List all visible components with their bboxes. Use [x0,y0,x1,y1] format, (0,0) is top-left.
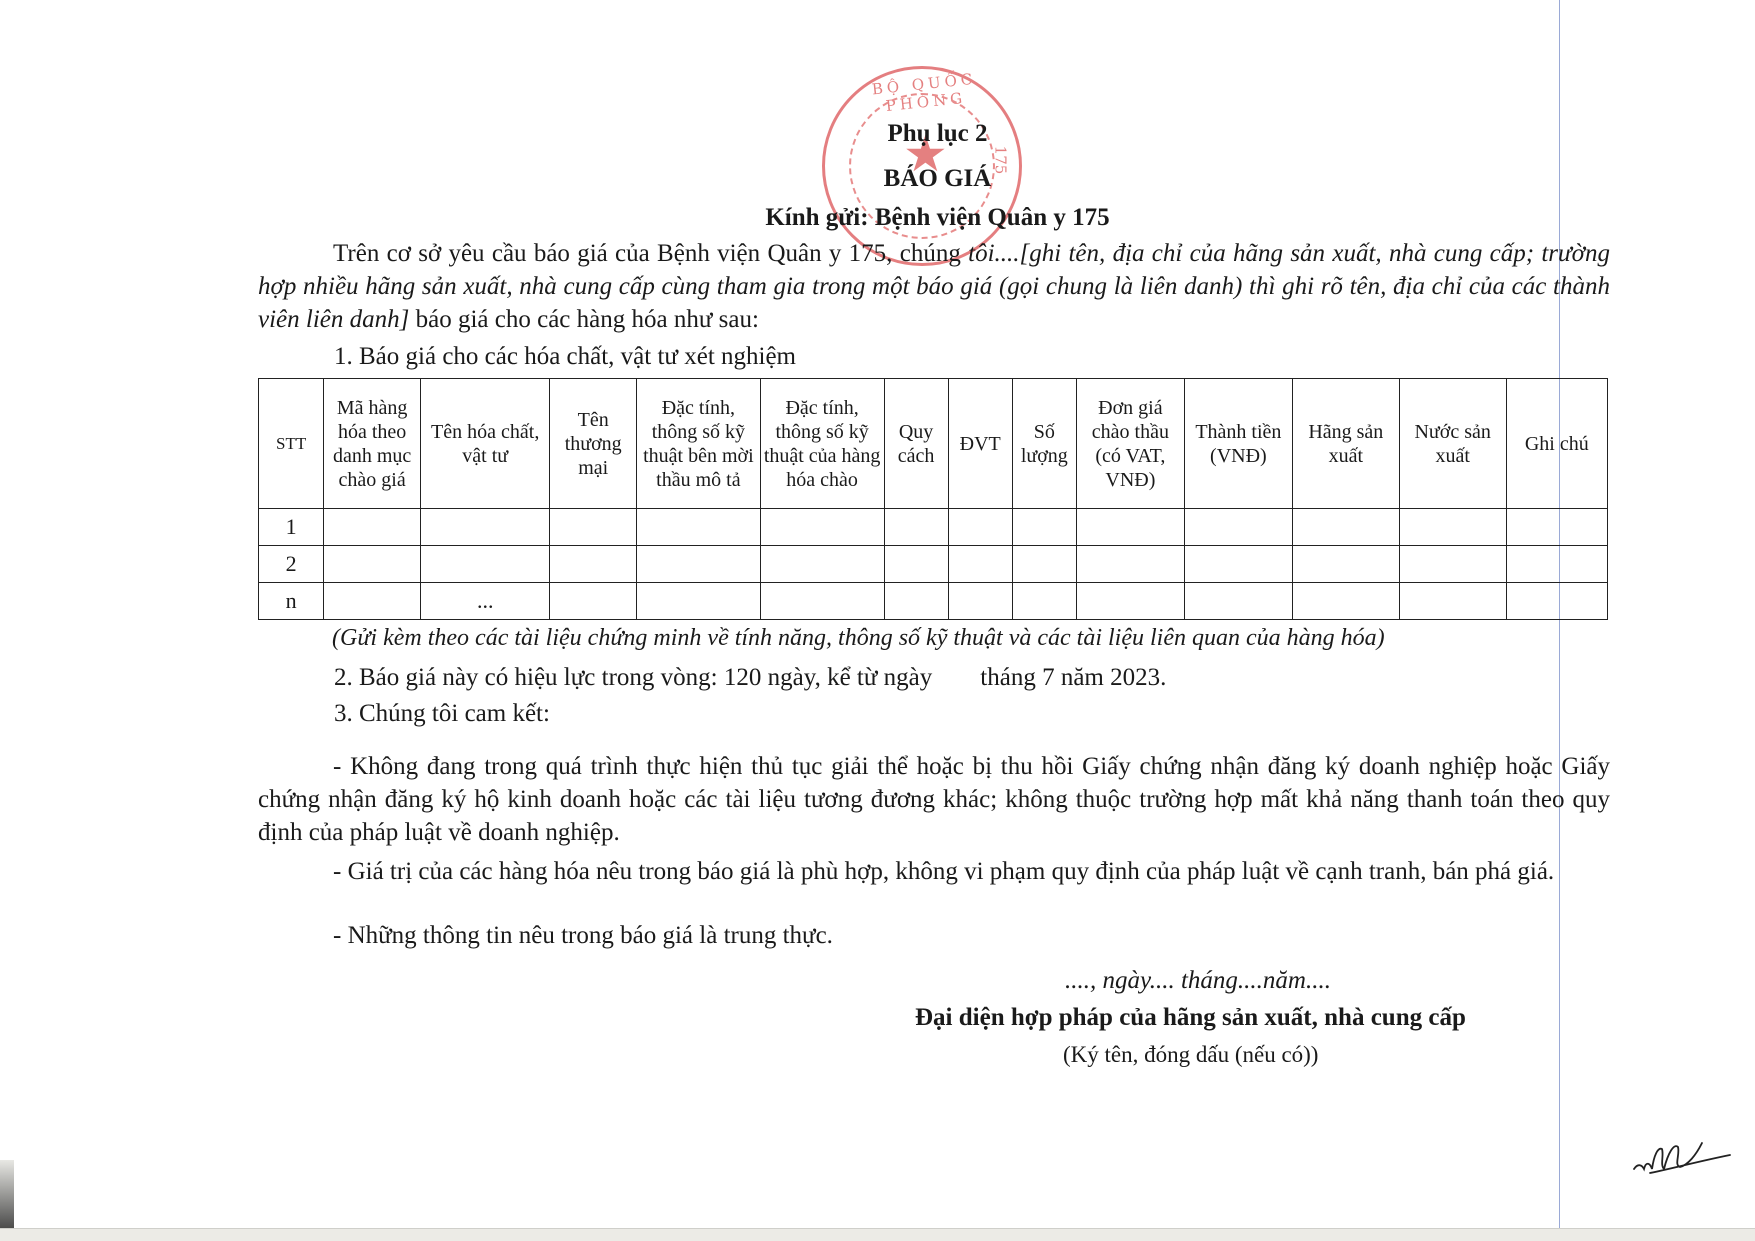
table-cell [421,509,550,546]
table-cell [1292,583,1399,620]
table-cell [884,583,948,620]
validity-text: 2. Báo giá này có hiệu lực trong vòng: 1… [334,664,932,691]
table-cell [1184,509,1292,546]
column-header: Số lượng [1012,379,1076,509]
table-cell [324,509,421,546]
column-header: Đặc tính, thông số kỹ thuật bên mời thầu… [637,379,761,509]
table-cell [948,546,1012,583]
column-header: STT [259,379,324,509]
column-header: Quy cách [884,379,948,509]
column-header: Hãng sản xuất [1292,379,1399,509]
table-cell [637,509,761,546]
table-cell: 2 [259,546,324,583]
section-3-heading: 3. Chúng tôi cam kết: [334,700,550,728]
table-cell [324,546,421,583]
section-1-heading: 1. Báo giá cho các hóa chất, vật tư xét … [334,340,796,373]
table-cell [884,546,948,583]
table-cell [324,583,421,620]
column-header: Đặc tính, thông số kỹ thuật của hàng hóa… [760,379,884,509]
table-cell [1184,546,1292,583]
table-cell [760,546,884,583]
column-header: Ghi chú [1506,379,1607,509]
table-cell [550,583,637,620]
table-cell [1012,509,1076,546]
table-cell [1292,509,1399,546]
column-header: Thành tiền (VNĐ) [1184,379,1292,509]
commitment-item: - Giá trị của các hàng hóa nêu trong báo… [258,855,1610,888]
commitment-item: - Những thông tin nêu trong báo giá là t… [258,919,1610,952]
table-cell [637,583,761,620]
table-cell: 1 [259,509,324,546]
scanned-page: BỘ QUỐC PHÒNG ★ 175 Phụ lục 2 BÁO GIÁ Kí… [0,0,1755,1241]
table-cell: n [259,583,324,620]
table-cell [1076,509,1184,546]
table-row: 2 [259,546,1608,583]
table-row: 1 [259,509,1608,546]
handwritten-signature-icon [1630,1125,1740,1185]
column-header: Tên thương mại [550,379,637,509]
scan-edge-bottom [0,1228,1755,1241]
column-header: Tên hóa chất, vật tư [421,379,550,509]
validity-date: tháng 7 năm 2023. [980,664,1166,691]
attachment-note: (Gửi kèm theo các tài liệu chứng minh về… [332,625,1385,652]
representative-title: Đại diện hợp pháp của hãng sản xuất, nhà… [915,1004,1466,1032]
date-line: ...., ngày.... tháng....năm.... [1065,967,1331,995]
intro-text-1: Trên cơ sở yêu cầu báo giá của Bệnh viện… [333,240,968,267]
recipient-line: Kính gửi: Bệnh viện Quân y 175 [0,204,1755,232]
table-cell [760,509,884,546]
validity-line: 2. Báo giá này có hiệu lực trong vòng: 1… [334,664,1166,692]
quotation-table: STTMã hàng hóa theo danh mục chào giáTên… [258,378,1608,620]
table-cell [1506,509,1607,546]
table-row: n... [259,583,1608,620]
column-header: Nước sản xuất [1399,379,1506,509]
table-cell [948,583,1012,620]
table-cell [550,546,637,583]
table-cell: ... [421,583,550,620]
intro-text-2: báo giá cho các hàng hóa như sau: [409,306,759,333]
commitment-item: - Không đang trong quá trình thực hiện t… [258,750,1610,849]
table-cell [760,583,884,620]
table-cell [421,546,550,583]
table-cell [1184,583,1292,620]
table-cell [1012,583,1076,620]
appendix-title: Phụ lục 2 [0,120,1755,148]
table-cell [1506,546,1607,583]
table-cell [1292,546,1399,583]
column-header: Đơn giá chào thầu (có VAT, VNĐ) [1076,379,1184,509]
column-header: Mã hàng hóa theo danh mục chào giá [324,379,421,509]
table-cell [884,509,948,546]
table-header-row: STTMã hàng hóa theo danh mục chào giáTên… [259,379,1608,509]
table-cell [1399,546,1506,583]
signature-note: (Ký tên, đóng dấu (nếu có)) [1063,1042,1318,1068]
table-cell [637,546,761,583]
table-cell [1076,583,1184,620]
column-header: ĐVT [948,379,1012,509]
intro-paragraph: Trên cơ sở yêu cầu báo giá của Bệnh viện… [258,237,1610,336]
table-cell [1506,583,1607,620]
document-title: BÁO GIÁ [0,165,1755,193]
table-cell [550,509,637,546]
table-cell [1012,546,1076,583]
table-cell [1399,583,1506,620]
table-cell [1076,546,1184,583]
table-cell [1399,509,1506,546]
table-cell [948,509,1012,546]
